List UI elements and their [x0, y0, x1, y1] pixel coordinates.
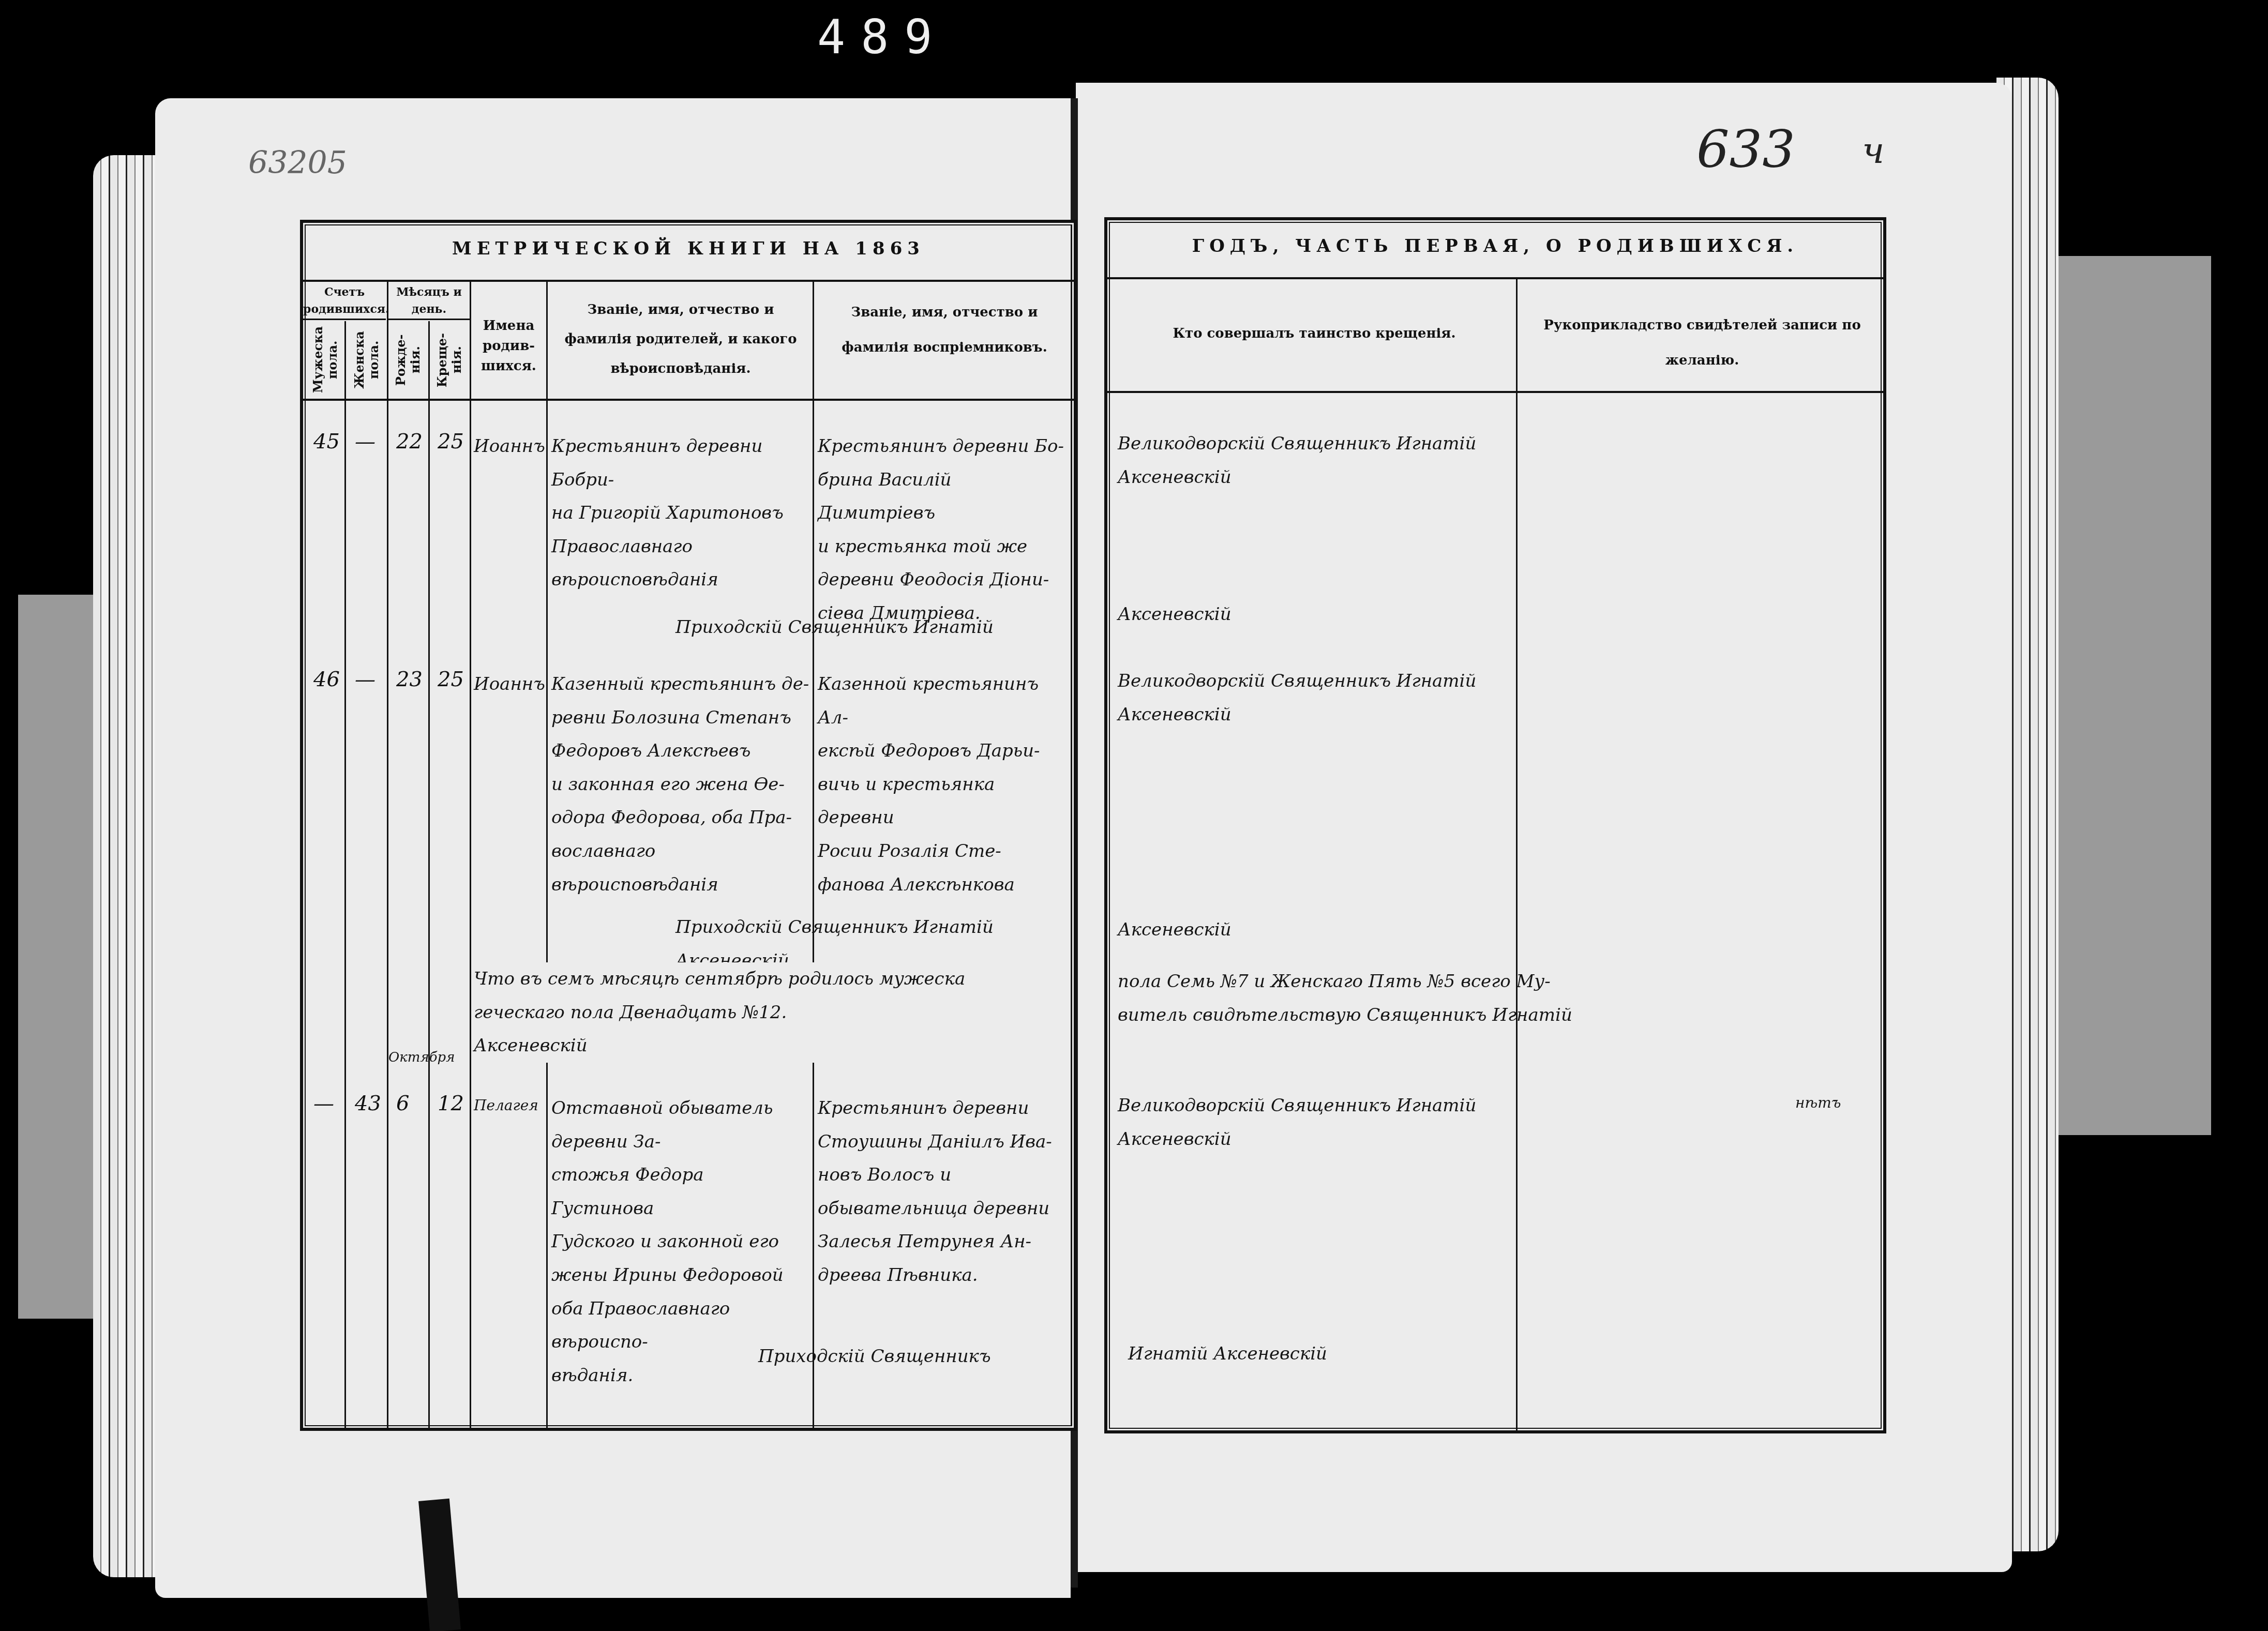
header-parents: Званіе, имя, отчество и фамилія родителе… — [557, 295, 805, 384]
register-table-left: МЕТРИЧЕСКОЙ КНИГИ НА 1863 Счетъ родивших… — [300, 220, 1077, 1431]
divider — [303, 319, 386, 320]
divider — [1107, 391, 1883, 393]
monthly-summary-note: Что въ семъ мѣсяцѣ сентябрѣ родилось муж… — [474, 962, 1069, 1063]
entry-parents: Казенный крестьянинъ де- ревни Болозина … — [551, 668, 810, 901]
divider — [428, 321, 430, 1428]
monthly-summary-note-right: пола Семь №7 и Женскаго Пять №5 всего Му… — [1118, 965, 1873, 1032]
entry-female-count: — — [355, 430, 376, 454]
officiant-entry: Игнатій Аксеневскій — [1128, 1337, 1521, 1371]
entry-signature: Приходскій Священникъ — [758, 1340, 991, 1373]
divider — [387, 280, 388, 1428]
entry-godparents: Крестьянинъ деревни Стоушины Даніилъ Ива… — [818, 1092, 1071, 1292]
divider — [303, 399, 1074, 401]
entry-baptism-day: 25 — [438, 430, 464, 454]
entry-baptism-day: 25 — [438, 668, 464, 691]
header-witnesses: Рукоприкладство свидѣтелей записи по жел… — [1526, 308, 1878, 378]
witness-mark: нѣтъ — [1795, 1089, 1841, 1116]
divider — [388, 319, 471, 320]
header-godparents: Званіе, имя, отчество и фамилія воспріем… — [820, 295, 1069, 365]
divider — [546, 280, 548, 1428]
entry-name: Иоаннъ — [474, 668, 545, 701]
folio-mark: ч — [1862, 129, 1885, 172]
header-birth: Рожде- нія. — [394, 324, 425, 396]
officiant-entry: Великодворскій Священникъ Игнатій Аксене… — [1118, 1089, 1511, 1156]
header-count: Счетъ родившихся. — [303, 284, 386, 318]
divider — [303, 280, 1074, 282]
header-officiant: Кто совершалъ таинство крещенія. — [1118, 324, 1511, 344]
entry-birth-day: 23 — [396, 668, 423, 691]
divider — [1516, 277, 1518, 1430]
entry-birth-day: 22 — [396, 430, 423, 454]
divider — [470, 280, 471, 1428]
divider — [344, 321, 346, 1428]
divider — [1107, 277, 1883, 279]
entry-male-count: 45 — [313, 430, 340, 454]
header-male: Мужеска пола. — [311, 324, 342, 396]
divider — [813, 280, 814, 1428]
entry-godparents: Крестьянинъ деревни Бо- брина Василій Ди… — [818, 430, 1071, 630]
backing-card-right — [2040, 256, 2211, 1135]
entry-signature: Приходскій Священникъ Игнатій — [675, 611, 994, 644]
month-label: Октября — [388, 1045, 455, 1070]
entry-godparents: Казенной крестьянинъ Ал- ексѣй Федоровъ … — [818, 668, 1071, 901]
officiant-entry: Аксеневскій — [1118, 913, 1511, 947]
officiant-entry: Великодворскій Священникъ Игнатій Аксене… — [1118, 427, 1511, 494]
header-female: Женска пола. — [352, 324, 383, 396]
entry-parents: Крестьянинъ деревни Бобри- на Григорій Х… — [551, 430, 810, 597]
header-names: Имена родив- шихся. — [471, 316, 546, 376]
register-table-right: ГОДЪ, ЧАСТЬ ПЕРВАЯ, О РОДИВШИХСЯ. Кто со… — [1104, 217, 1886, 1433]
entry-name: Пелагея — [474, 1092, 538, 1119]
entry-female-count: 43 — [355, 1092, 381, 1115]
officiant-entry: Аксеневскій Великодворскій Священникъ Иг… — [1118, 598, 1511, 731]
entry-baptism-day: 12 — [438, 1092, 464, 1115]
entry-female-count: — — [355, 668, 376, 691]
entry-birth-day: 6 — [396, 1092, 409, 1115]
folio-number: 633 — [1696, 119, 1795, 179]
page-title-left: МЕТРИЧЕСКОЙ КНИГИ НА 1863 — [303, 238, 1074, 259]
header-baptism: Креще- нія. — [435, 324, 466, 396]
entry-male-count: 46 — [313, 668, 340, 691]
entry-name: Иоаннъ — [474, 430, 545, 463]
entry-male-count: — — [313, 1092, 334, 1115]
header-month: Мѣсяцъ и день. — [388, 284, 470, 318]
page-block-edge-left — [93, 155, 160, 1577]
frame-number: 489 — [817, 10, 948, 65]
page-title-right: ГОДЪ, ЧАСТЬ ПЕРВАЯ, О РОДИВШИХСЯ. — [1107, 236, 1883, 256]
backing-card-left — [18, 595, 96, 1319]
archive-number: 63205 — [248, 145, 347, 181]
